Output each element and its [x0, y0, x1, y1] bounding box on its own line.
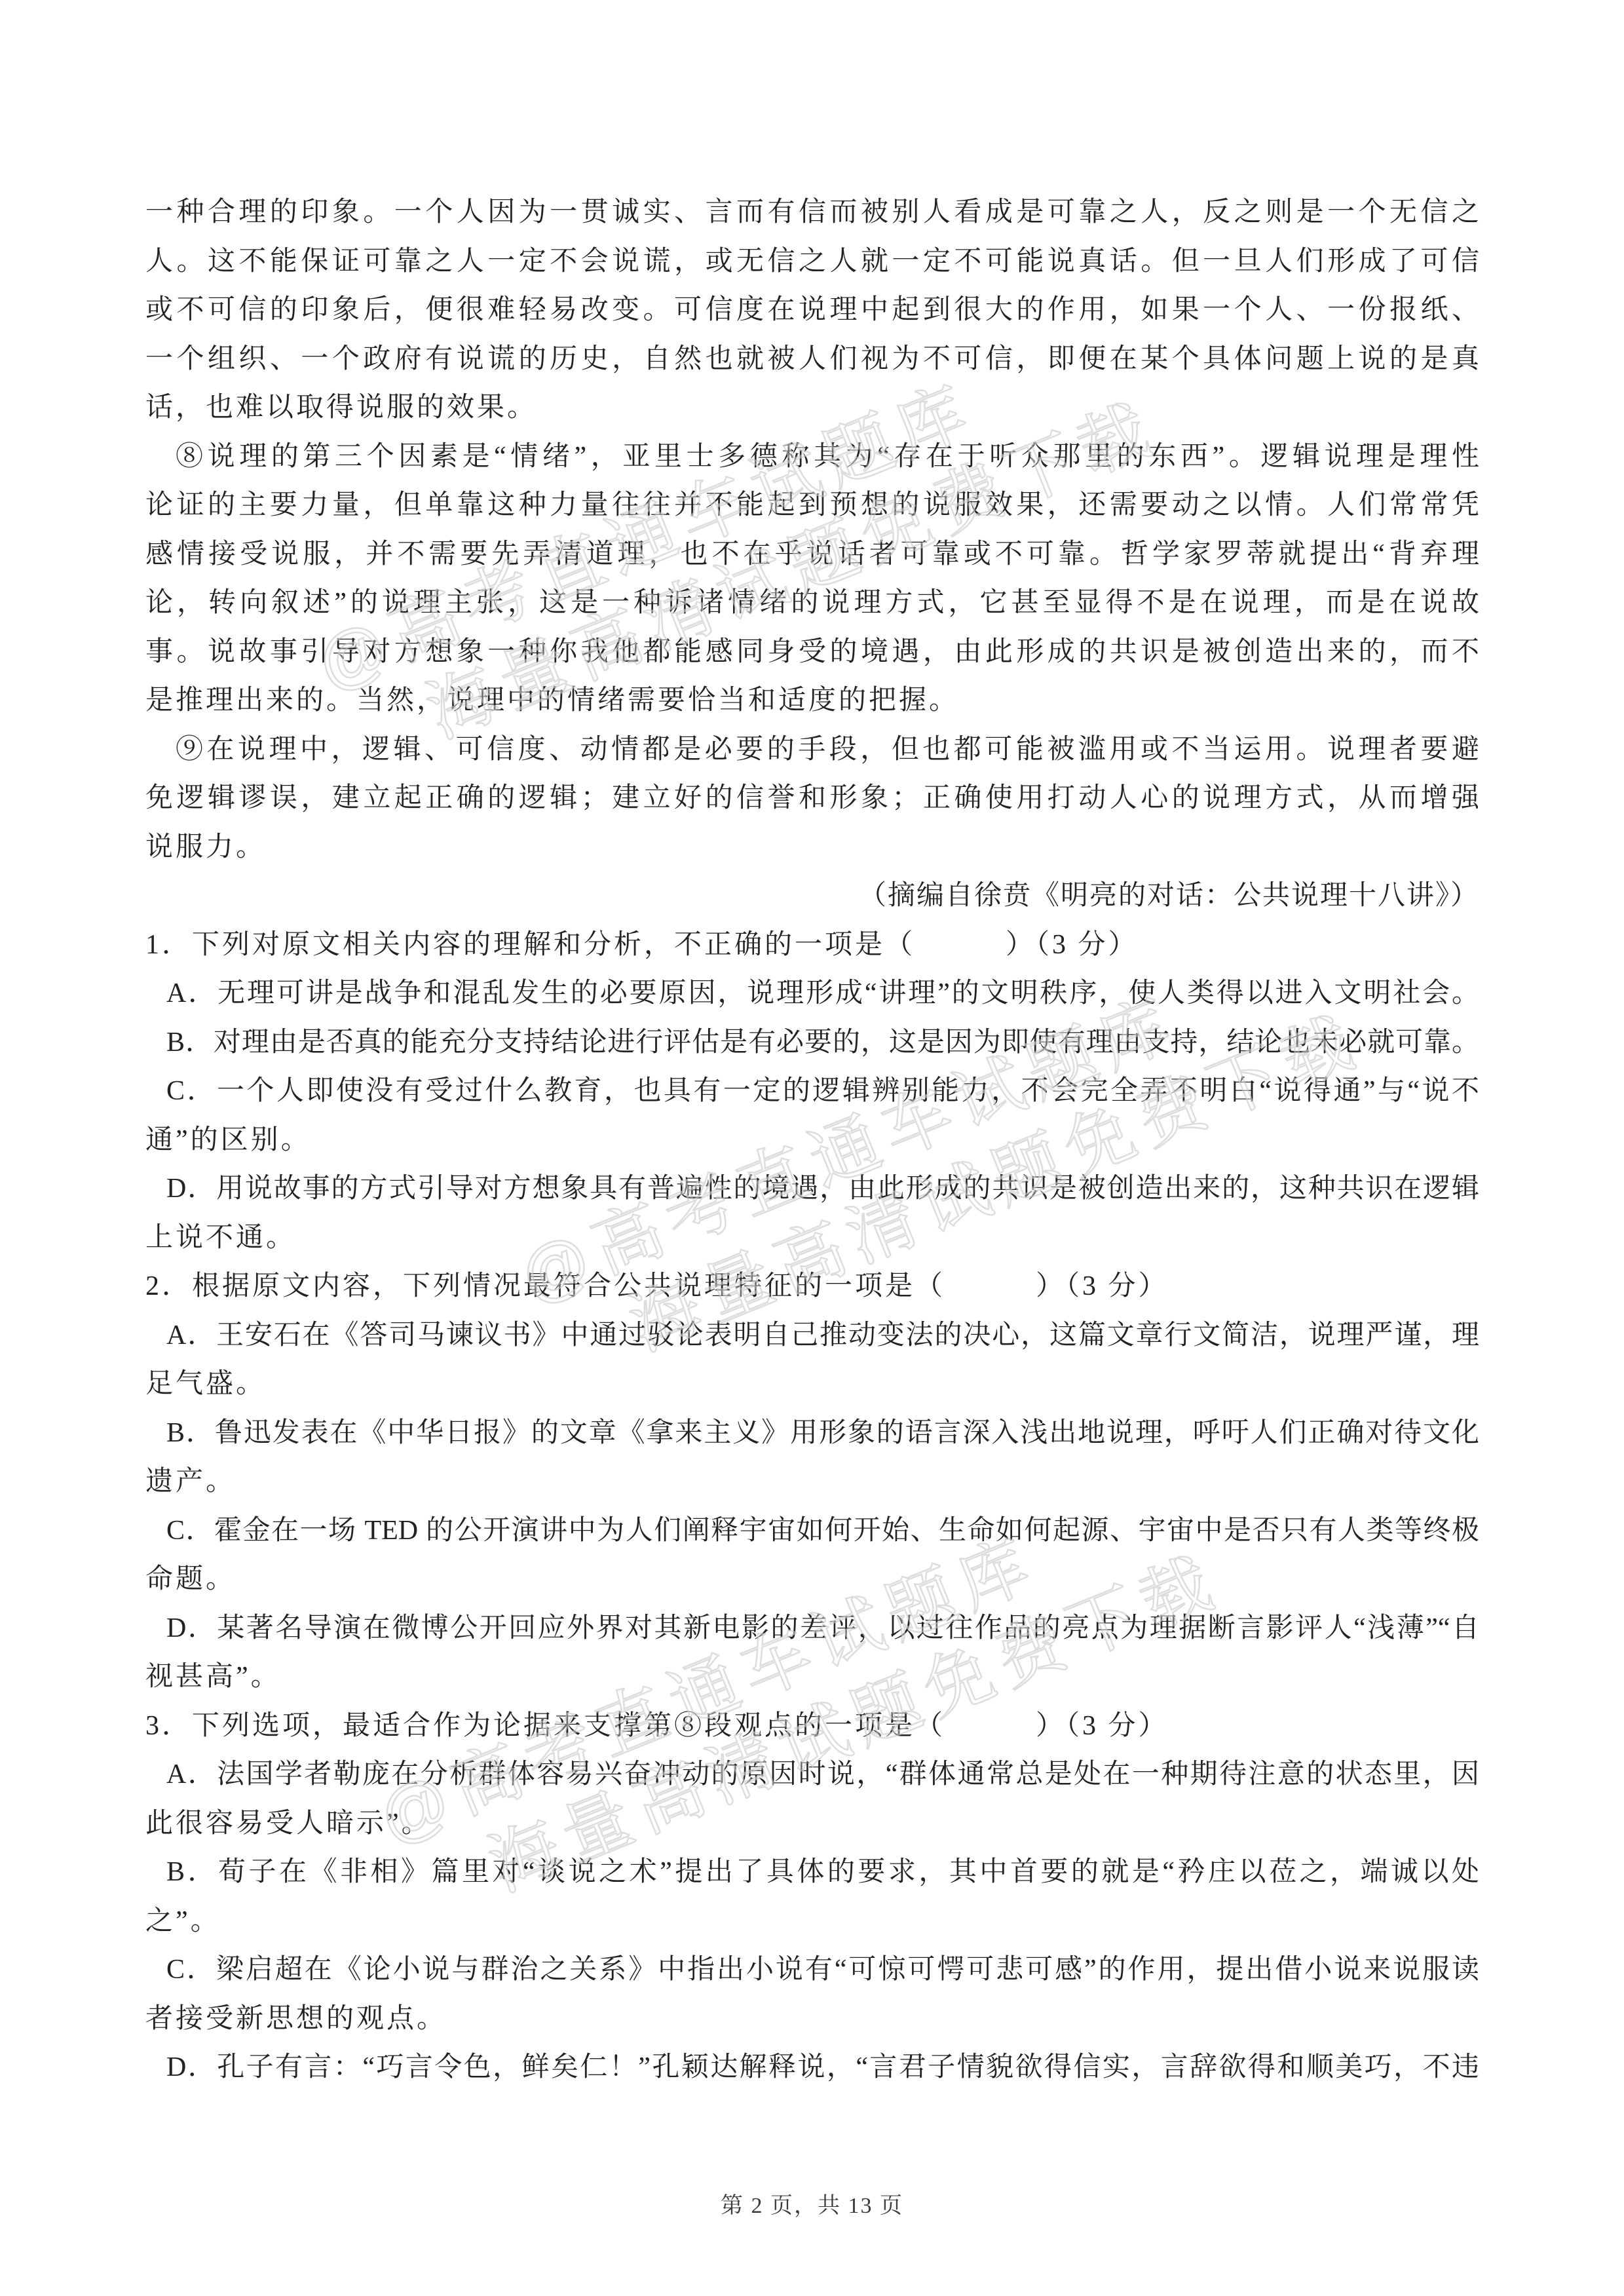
text-line: 上说不通。 [145, 1214, 1479, 1263]
text-line: ⑨在说理中，逻辑、可信度、动情都是必要的手段，但也都可能被滥用或不当运用。说理者… [145, 725, 1479, 775]
text-line: 或不可信的印象后，便很难轻易改变。可信度在说理中起到很大的作用，如果一个人、一份… [145, 286, 1479, 335]
text-line: 视甚高”。 [145, 1653, 1479, 1702]
text-line: D．用说故事的方式引导对方想象具有普遍性的境遇，由此形成的共识是被创造出来的，这… [145, 1164, 1479, 1214]
text-line: A．法国学者勒庞在分析群体容易兴奋冲动的原因时说，“群体通常总是处在一种期待注意… [145, 1750, 1479, 1799]
text-line: 此很容易受人暗示”。 [145, 1799, 1479, 1848]
text-line: 感情接受说服，并不需要先弄清道理，也不在乎说话者可靠或不可靠。哲学家罗蒂就提出“… [145, 530, 1479, 579]
text-line: 通”的区别。 [145, 1116, 1479, 1165]
text-line: A．王安石在《答司马谏议书》中通过驳论表明自己推动变法的决心，这篇文章行文简洁，… [145, 1311, 1479, 1360]
text-line: D．孔子有言：“巧言令色，鲜矣仁！”孔颖达解释说，“言君子情貌欲得信实，言辞欲得… [145, 2043, 1479, 2092]
text-line: 2．根据原文内容，下列情况最符合公共说理特征的一项是（ ）（3 分） [145, 1262, 1479, 1311]
text-line: D．某著名导演在微博公开回应外界对其新电影的差评，以过往作品的亮点为理据断言影评… [145, 1604, 1479, 1653]
text-line: 者接受新思想的观点。 [145, 1995, 1479, 2044]
exam-page: @高考直通车试题库 海量高清试题免费下载 @高考直通车试题库 海量高清试题免费下… [0, 0, 1624, 2296]
text-line: B．荀子在《非相》篇里对“谈说之术”提出了具体的要求，其中首要的就是“矜庄以莅之… [145, 1848, 1479, 1897]
text-line: C．一个人即使没有受过什么教育，也具有一定的逻辑辨别能力，不会完全弄不明白“说得… [145, 1067, 1479, 1116]
text-line: 话，也难以取得说服的效果。 [145, 383, 1479, 432]
text-line: 命题。 [145, 1555, 1479, 1604]
text-line: 3．下列选项，最适合作为论据来支撑第⑧段观点的一项是（ ）（3 分） [145, 1702, 1479, 1751]
text-line: A．无理可讲是战争和混乱发生的必要原因，说理形成“讲理”的文明秩序，使人类得以进… [145, 969, 1479, 1018]
text-line: 说服力。 [145, 823, 1479, 872]
text-line: 一个组织、一个政府有说谎的历史，自然也就被人们视为不可信，即便在某个具体问题上说… [145, 335, 1479, 384]
text-line: 免逻辑谬误，建立起正确的逻辑；建立好的信誉和形象；正确使用打动人心的说理方式，从… [145, 774, 1479, 823]
page-number-footer: 第 2 页，共 13 页 [0, 2187, 1624, 2219]
text-line: C．霍金在一场 TED 的公开演讲中为人们阐释宇宙如何开始、生命如何起源、宇宙中… [145, 1506, 1479, 1556]
text-line: C．梁启超在《论小说与群治之关系》中指出小说有“可惊可愕可悲可感”的作用，提出借… [145, 1945, 1479, 1995]
text-line: 1．下列对原文相关内容的理解和分析，不正确的一项是（ ）（3 分） [145, 921, 1479, 970]
text-line: 之”。 [145, 1897, 1479, 1946]
text-line: 人。这不能保证可靠之人一定不会说谎，或无信之人就一定不可能说真话。但一旦人们形成… [145, 237, 1479, 286]
text-block: 一种合理的印象。一个人因为一贯诚实、言而有信而被别人看成是可靠之人，反之则是一个… [145, 188, 1479, 2092]
text-line: B．鲁迅发表在《中华日报》的文章《拿来主义》用形象的语言深入浅出地说理，呼吁人们… [145, 1409, 1479, 1458]
text-line: ⑧说理的第三个因素是“情绪”，亚里士多德称其为“存在于听众那里的东西”。逻辑说理… [145, 432, 1479, 482]
text-line: 遗产。 [145, 1457, 1479, 1506]
text-line: （摘编自徐贲《明亮的对话：公共说理十八讲》） [145, 871, 1479, 921]
text-line: 事。说故事引导对方想象一种你我他都能感同身受的境遇，由此形成的共识是被创造出来的… [145, 628, 1479, 677]
text-line: 是推理出来的。当然，说理中的情绪需要恰当和适度的把握。 [145, 676, 1479, 725]
text-line: 足气盛。 [145, 1360, 1479, 1409]
text-line: B．对理由是否真的能充分支持结论进行评估是有必要的，这是因为即使有理由支持，结论… [145, 1018, 1479, 1067]
text-line: 论，转向叙述”的说理主张，这是一种诉诸情绪的说理方式，它甚至显得不是在说理，而是… [145, 579, 1479, 628]
text-line: 论证的主要力量，但单靠这种力量往往并不能起到预想的说服效果，还需要动之以情。人们… [145, 481, 1479, 530]
text-line: 一种合理的印象。一个人因为一贯诚实、言而有信而被别人看成是可靠之人，反之则是一个… [145, 188, 1479, 237]
